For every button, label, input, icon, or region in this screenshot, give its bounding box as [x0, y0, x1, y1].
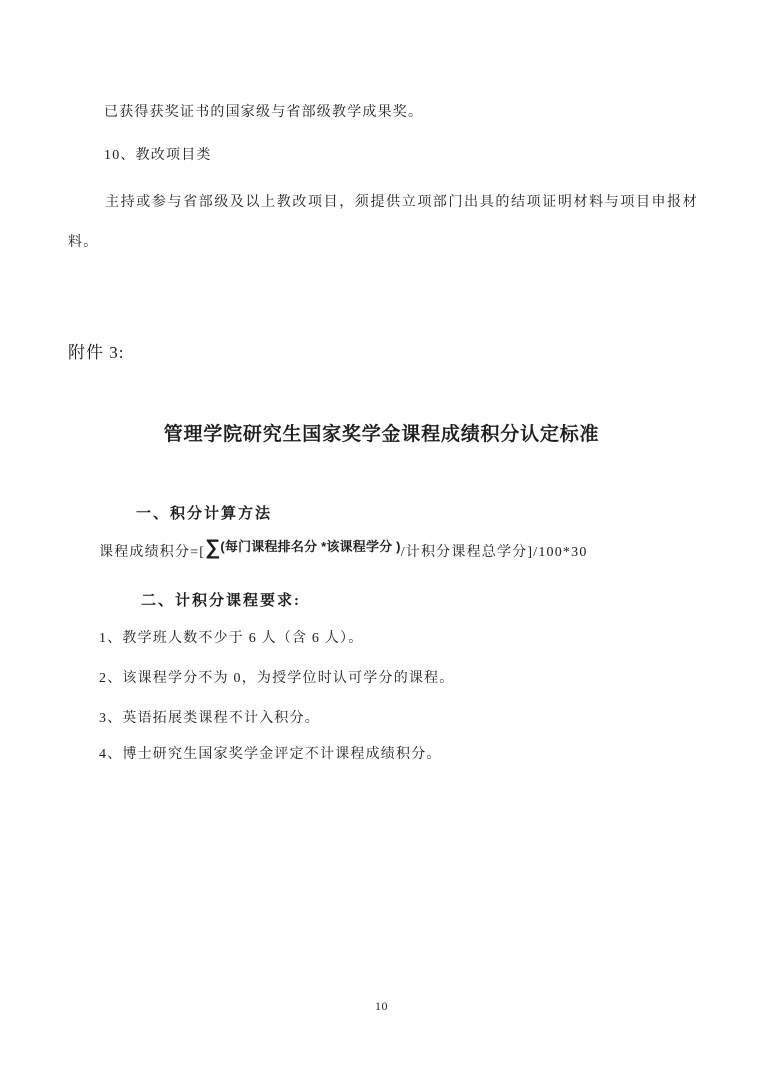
requirement-item-2: 2、该课程学分不为 0，为授学位时认可学分的课程。 [99, 667, 455, 687]
section-1-heading: 一、积分计算方法 [136, 502, 272, 523]
requirement-item-4: 4、博士研究生国家奖学金评定不计课程成绩积分。 [99, 743, 442, 763]
formula-suffix: /计积分课程总学分]/100*30 [401, 545, 588, 560]
requirement-item-3: 3、英语拓展类课程不计入积分。 [99, 707, 320, 727]
formula-numerator-text: (每门课程排名分 *该课程学分 ) [220, 539, 400, 554]
page-number: 10 [0, 999, 763, 1014]
requirement-item-1: 1、教学班人数不少于 6 人（含 6 人）。 [99, 627, 363, 647]
paragraph-awards: 已获得获奖证书的国家级与省部级教学成果奖。 [104, 101, 423, 121]
paragraph-item-10-body: 主持或参与省部级及以上教改项目，须提供立项部门出具的结项证明材料与项目申报材料。 [68, 183, 698, 263]
score-formula: 课程成绩积分=[∑(每门课程排名分 *该课程学分 )/计积分课程总学分]/100… [99, 536, 588, 561]
page-title: 管理学院研究生国家奖学金课程成绩积分认定标准 [0, 419, 763, 446]
formula-numerator: ∑(每门课程排名分 *该课程学分 ) [205, 538, 401, 554]
attachment-label: 附件 3: [68, 338, 124, 363]
formula-prefix: 课程成绩积分=[ [99, 545, 205, 560]
paragraph-item-10-heading: 10、教改项目类 [104, 144, 212, 164]
section-2-heading: 二、计积分课程要求: [141, 589, 301, 610]
document-page: 已获得获奖证书的国家级与省部级教学成果奖。 10、教改项目类 主持或参与省部级及… [0, 0, 763, 1079]
sigma-symbol: ∑ [205, 536, 220, 559]
